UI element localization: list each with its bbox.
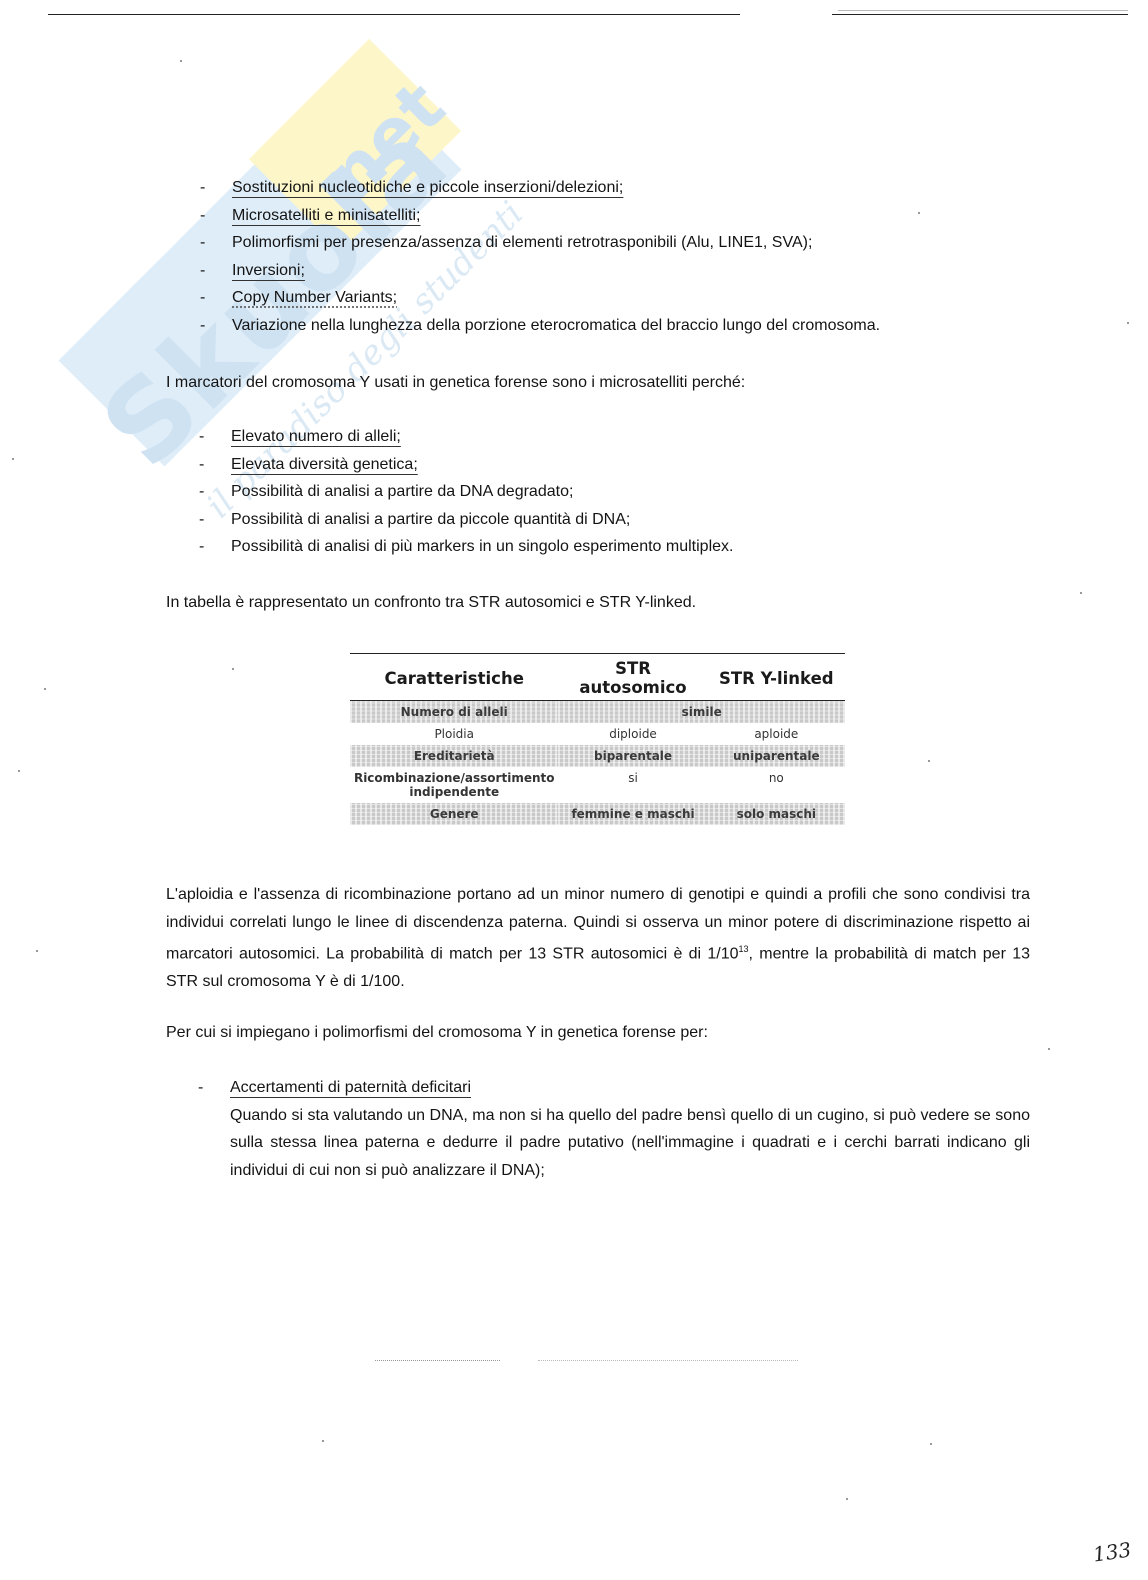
cell-autosomico: si — [558, 767, 707, 803]
list-item: Possibilità di analisi di più markers in… — [199, 533, 733, 561]
list-item: Polimorfismi per presenza/assenza di ele… — [200, 229, 880, 257]
polimorfismi-list: Sostituzioni nucleotidiche e piccole ins… — [200, 174, 880, 339]
list-item: Inversioni; — [200, 257, 880, 285]
paragraph-impieghi: Per cui si impiegano i polimorfismi del … — [166, 1019, 708, 1047]
list-item: Variazione nella lunghezza della porzion… — [200, 312, 880, 340]
impieghi-list: Accertamenti di paternità deficitari Qua… — [198, 1074, 1030, 1184]
list-item: Possibilità di analisi a partire da DNA … — [199, 478, 733, 506]
list-item: Microsatelliti e minisatelliti; — [200, 202, 880, 230]
table-row: Genere femmine e maschi solo maschi — [350, 803, 845, 825]
paragraph-tabella: In tabella è rappresentato un confronto … — [166, 589, 696, 617]
list-item: Possibilità di analisi a partire da picc… — [199, 506, 733, 534]
row-label: Ploidia — [350, 723, 558, 745]
comparison-table: Caratteristiche STR autosomico STR Y-lin… — [350, 653, 845, 825]
scan-top-rule-thin — [838, 10, 1128, 11]
table-row: Ploidia diploide aploide — [350, 723, 845, 745]
cell-merged: simile — [558, 701, 845, 724]
column-header: STR Y-linked — [708, 654, 845, 701]
row-label: Numero di alleli — [350, 701, 558, 724]
list-item: Accertamenti di paternità deficitari Qua… — [198, 1074, 1030, 1184]
row-label: Ricombinazione/assortimento indipendente — [350, 767, 558, 803]
scan-top-rule-gap — [740, 11, 832, 17]
column-header: Caratteristiche — [350, 654, 558, 701]
list-item-body: Quando si sta valutando un DNA, ma non s… — [230, 1102, 1030, 1185]
list-item: Elevato numero di alleli; — [199, 423, 733, 451]
motivi-list: Elevato numero di alleli; Elevata divers… — [199, 423, 733, 561]
list-item: Elevata diversità genetica; — [199, 451, 733, 479]
table-row: Ereditarietà biparentale uniparentale — [350, 745, 845, 767]
cell-ylinked: no — [708, 767, 845, 803]
cell-autosomico: biparentale — [558, 745, 707, 767]
list-item-title: Accertamenti di paternità deficitari — [230, 1074, 1030, 1102]
cell-autosomico: diploide — [558, 723, 707, 745]
list-item: Sostituzioni nucleotidiche e piccole ins… — [200, 174, 880, 202]
cell-autosomico: femmine e maschi — [558, 803, 707, 825]
scan-artifact — [375, 1360, 500, 1361]
cell-ylinked: aploide — [708, 723, 845, 745]
cell-ylinked: solo maschi — [708, 803, 845, 825]
table-header-row: Caratteristiche STR autosomico STR Y-lin… — [350, 654, 845, 701]
list-item: Copy Number Variants; — [200, 284, 880, 312]
table-row: Numero di alleli simile — [350, 701, 845, 724]
page-number: 133 — [1092, 1537, 1133, 1566]
table-row: Ricombinazione/assortimento indipendente… — [350, 767, 845, 803]
column-header: STR autosomico — [558, 654, 707, 701]
paragraph-aploidia: L'aploidia e l'assenza di ricombinazione… — [166, 881, 1030, 995]
paragraph-marcatori: I marcatori del cromosoma Y usati in gen… — [166, 369, 745, 397]
scan-top-rule — [48, 14, 1128, 15]
scan-artifact — [538, 1360, 798, 1361]
cell-ylinked: uniparentale — [708, 745, 845, 767]
row-label: Genere — [350, 803, 558, 825]
row-label: Ereditarietà — [350, 745, 558, 767]
exponent: 13 — [739, 944, 749, 954]
